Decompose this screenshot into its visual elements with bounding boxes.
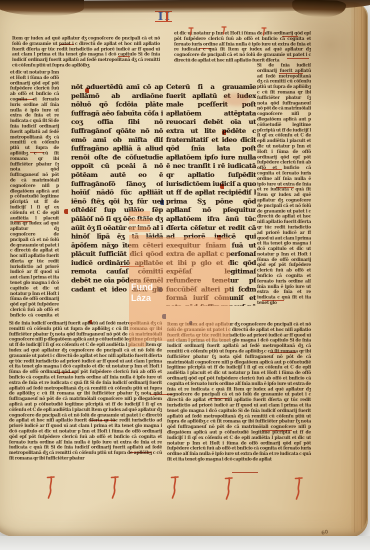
watermark-text: Fund Láza xyxy=(131,282,173,306)
watermark-line2: Láza xyxy=(131,293,173,304)
rubric-underline xyxy=(60,44,74,45)
red-flourish-icon xyxy=(224,477,234,501)
watermark-bar xyxy=(129,227,150,232)
rubric-underline xyxy=(118,56,130,57)
paraph-icon-red xyxy=(89,320,92,324)
rubric-underline xyxy=(270,352,296,353)
left-margin-gloss: et đic ut notatur p Inn et Hoſt i ſūma đ… xyxy=(10,70,59,317)
rubric-underline xyxy=(18,99,34,100)
paraph-icon-red xyxy=(220,184,224,189)
red-flourish-icon xyxy=(46,476,56,500)
rubric-underline xyxy=(210,398,228,399)
manuscript-photo: II Item qr iudex ad quē apłlatur đʒ cogn… xyxy=(0,0,370,550)
rubric-underline xyxy=(55,372,75,373)
rubric-underline xyxy=(287,58,309,59)
red-hook-icon xyxy=(261,26,268,36)
faded-rubric-smudge xyxy=(223,93,250,106)
paraph-icon-red xyxy=(64,209,68,214)
right-margin-gloss: Si đe ſnīa iudiciſ ordinarij fuerit apłl… xyxy=(257,63,311,363)
rubric-underline xyxy=(262,300,284,301)
folio-bottom-bar xyxy=(155,21,172,22)
rubric-underline xyxy=(14,221,32,222)
watermark-bar xyxy=(129,219,150,224)
paraph-icon-red xyxy=(85,88,89,93)
rubric-underline xyxy=(232,472,258,473)
rubric-underline xyxy=(90,420,116,421)
red-hook-icon xyxy=(188,26,195,36)
rubric-underline xyxy=(130,452,152,453)
bottom-gloss-right: Item qr iudex ad quē apłlatur đʒ cognoſc… xyxy=(167,322,311,486)
rubric-underline xyxy=(150,394,172,395)
paraph-icon-blue xyxy=(160,200,164,205)
top-gloss-left: Item qr iudex ad quē apłlatur đʒ cognoſc… xyxy=(12,36,160,69)
rubric-underline xyxy=(262,169,282,170)
rubric-underline xyxy=(262,430,292,431)
rubric-underline xyxy=(279,73,303,74)
rubric-underline xyxy=(282,36,298,37)
red-flourish-icon xyxy=(170,476,180,500)
backdrop-strip xyxy=(0,536,370,550)
rubric-underline xyxy=(30,152,44,153)
watermark-line1: Fund xyxy=(131,282,173,293)
rubric-underline xyxy=(276,187,294,188)
folio-red-stroke xyxy=(166,12,169,21)
paraph-icon-red xyxy=(222,130,226,135)
rubric-underline xyxy=(199,48,211,49)
watermark-bar xyxy=(129,211,150,216)
red-flourish-icon xyxy=(110,476,120,500)
fore-edge xyxy=(351,3,367,533)
red-hook-icon xyxy=(221,25,228,35)
red-flourish-icon xyxy=(294,477,304,501)
